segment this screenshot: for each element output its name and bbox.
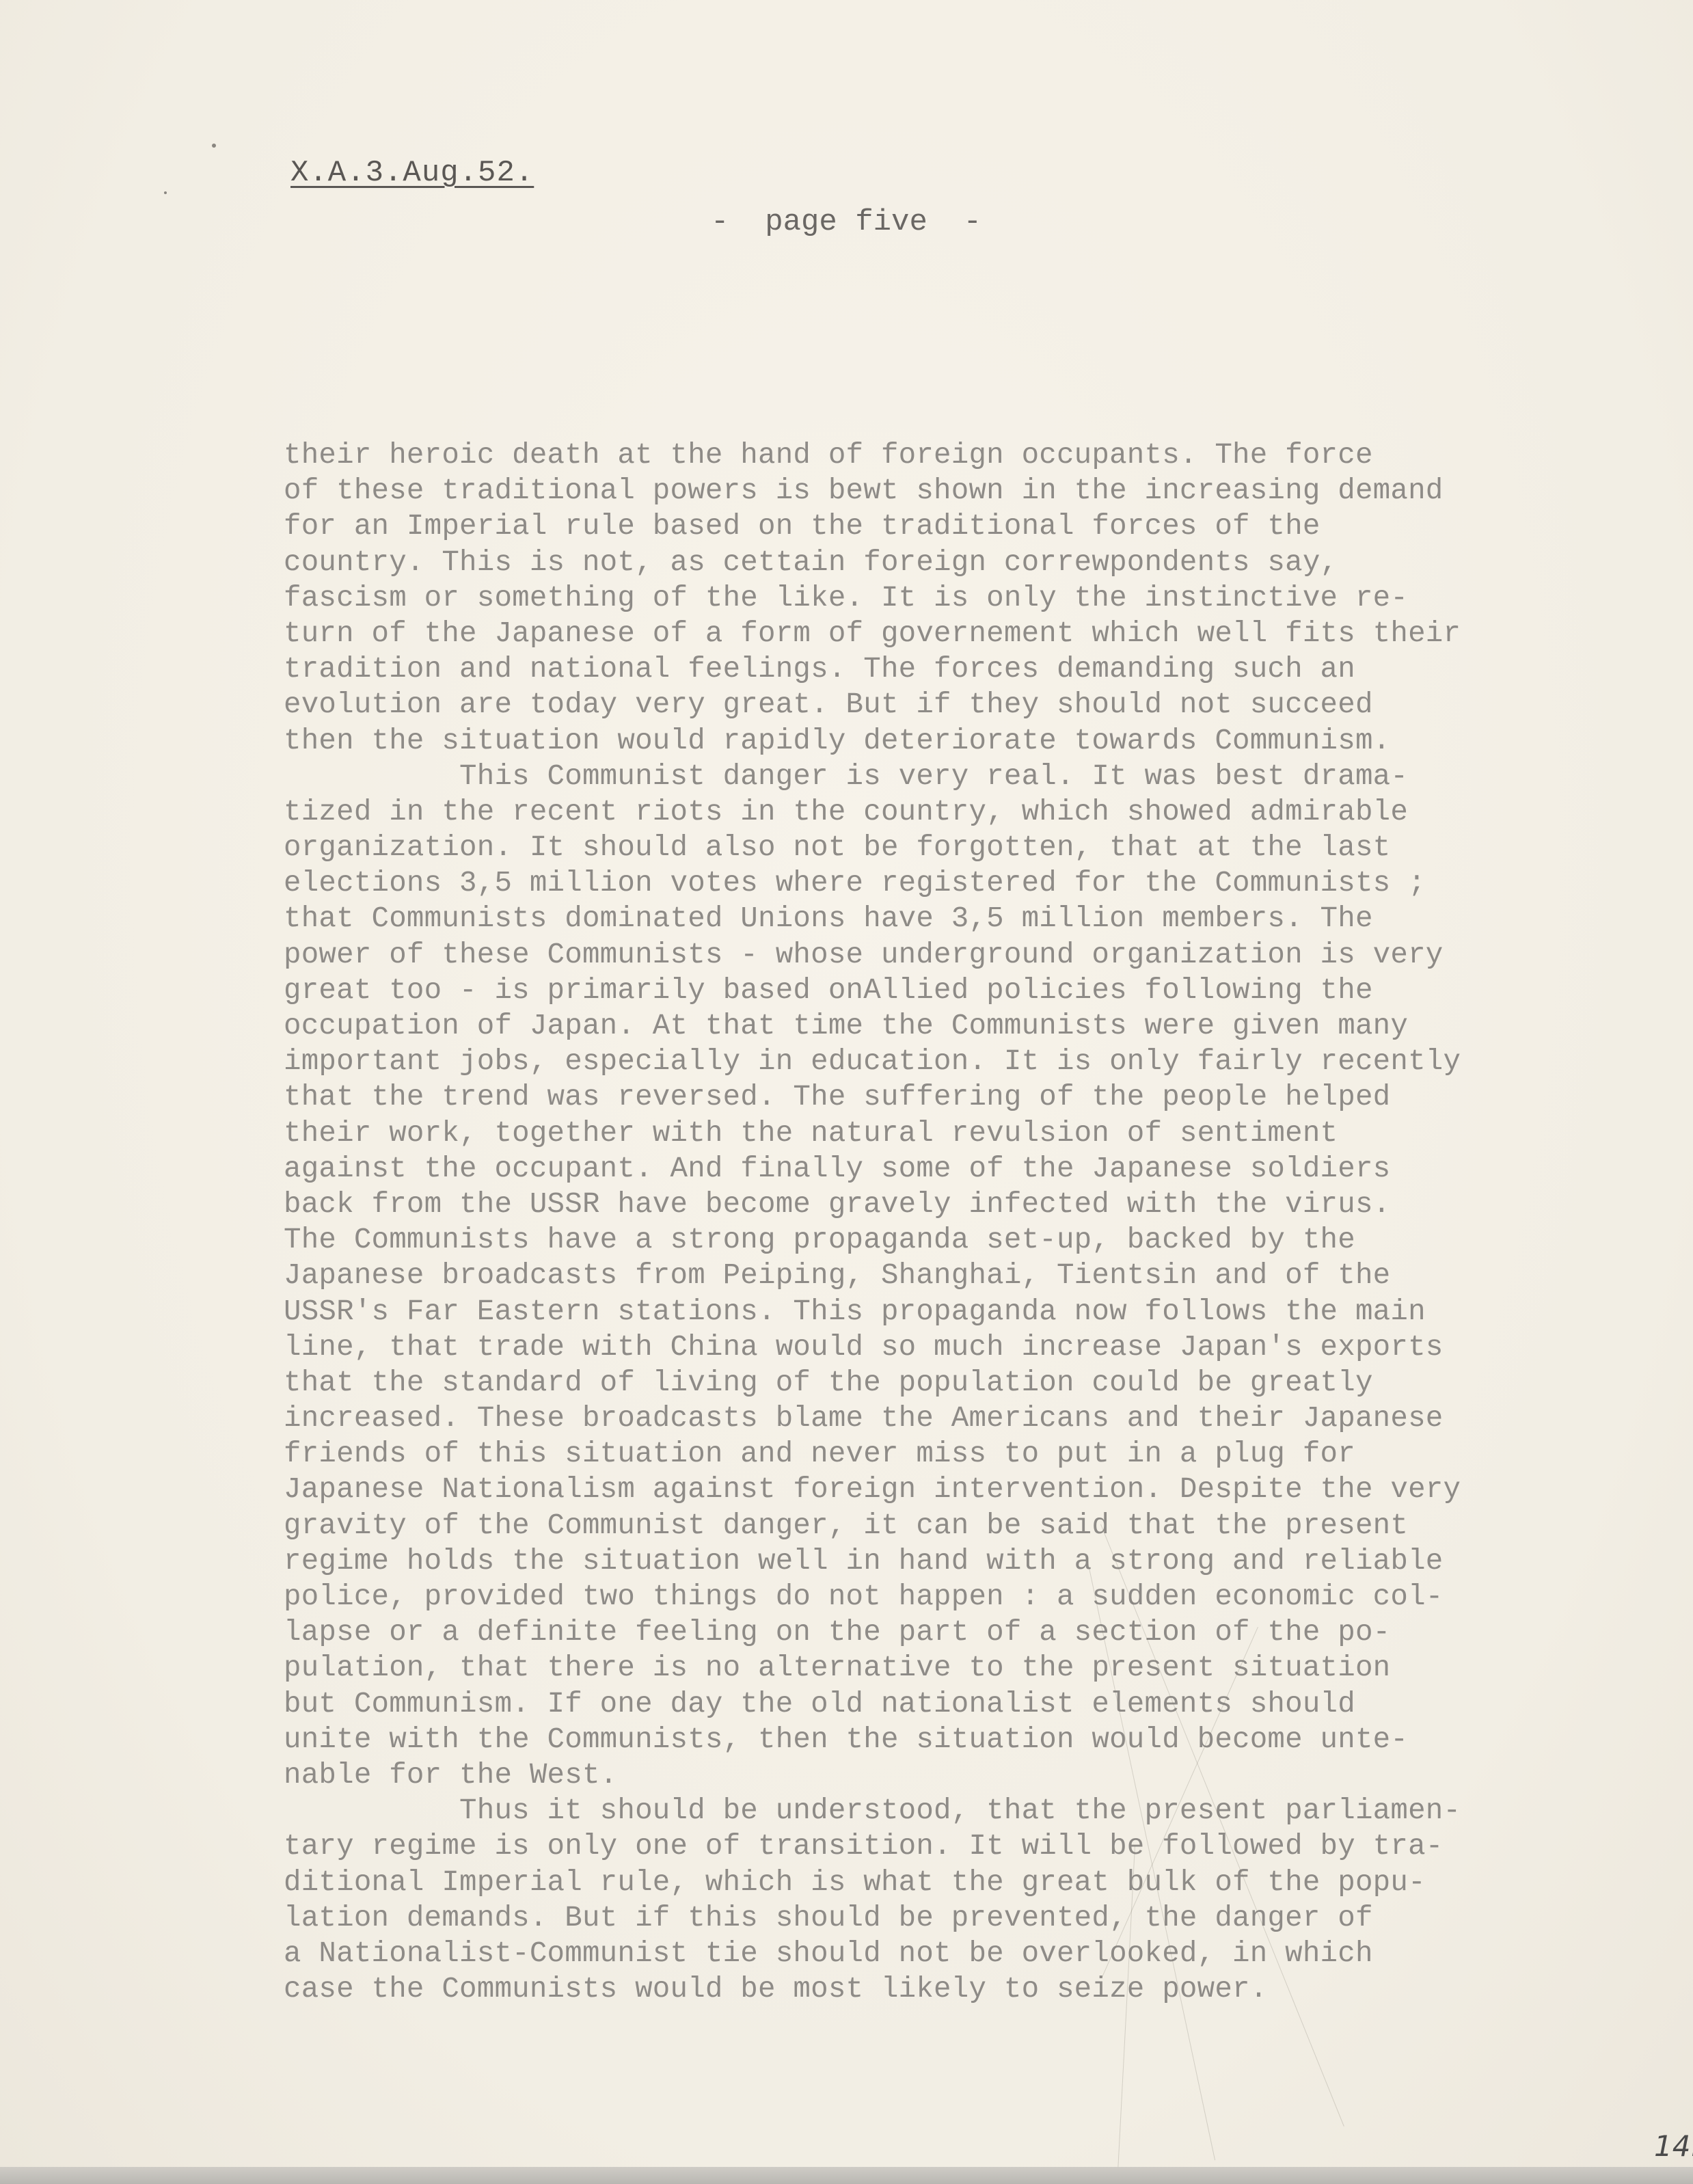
text-line: line, that trade with China would so muc… bbox=[284, 1330, 1657, 1365]
text-line: country. This is not, as cettain foreign… bbox=[284, 545, 1657, 580]
handwritten-page-number: 14. bbox=[1654, 2129, 1693, 2163]
text-line: power of these Communists - whose underg… bbox=[284, 937, 1657, 973]
text-line: organization. It should also not be forg… bbox=[284, 830, 1657, 865]
text-line: great too - is primarily based onAllied … bbox=[284, 973, 1657, 1008]
text-line: back from the USSR have become gravely i… bbox=[284, 1187, 1657, 1222]
text-line: their work, together with the natural re… bbox=[284, 1116, 1657, 1151]
text-line: that the standard of living of the popul… bbox=[284, 1365, 1657, 1401]
paper-speck bbox=[164, 191, 167, 194]
text-line: Japanese Nationalism against foreign int… bbox=[284, 1472, 1657, 1507]
text-line: a Nationalist-Communist tie should not b… bbox=[284, 1936, 1657, 1971]
text-line: This Communist danger is very real. It w… bbox=[284, 759, 1657, 794]
text-line: that Communists dominated Unions have 3,… bbox=[284, 901, 1657, 936]
text-line: ditional Imperial rule, which is what th… bbox=[284, 1865, 1657, 1900]
text-line: nable for the West. bbox=[284, 1757, 1657, 1793]
text-line: that the trend was reversed. The sufferi… bbox=[284, 1079, 1657, 1115]
text-line: lation demands. But if this should be pr… bbox=[284, 1900, 1657, 1936]
text-line: Thus it should be understood, that the p… bbox=[284, 1793, 1657, 1829]
text-line: then the situation would rapidly deterio… bbox=[284, 723, 1657, 759]
text-line: increased. These broadcasts blame the Am… bbox=[284, 1401, 1657, 1436]
text-line: The Communists have a strong propaganda … bbox=[284, 1222, 1657, 1258]
text-line: unite with the Communists, then the situ… bbox=[284, 1722, 1657, 1757]
text-line: turn of the Japanese of a form of govern… bbox=[284, 616, 1657, 651]
text-line: against the occupant. And finally some o… bbox=[284, 1151, 1657, 1187]
text-line: friends of this situation and never miss… bbox=[284, 1436, 1657, 1472]
text-line: of these traditional powers is bewt show… bbox=[284, 473, 1657, 509]
text-line: elections 3,5 million votes where regist… bbox=[284, 865, 1657, 901]
text-line: Japanese broadcasts from Peiping, Shangh… bbox=[284, 1258, 1657, 1293]
paper-speck bbox=[212, 144, 216, 148]
text-line: tradition and national feelings. The for… bbox=[284, 651, 1657, 687]
document-page: X.A.3.Aug.52. - page five - their heroic… bbox=[0, 0, 1693, 2167]
text-line: important jobs, especially in education.… bbox=[284, 1044, 1657, 1079]
text-line: occupation of Japan. At that time the Co… bbox=[284, 1008, 1657, 1044]
scan-bottom-edge bbox=[0, 2167, 1693, 2184]
body-text: their heroic death at the hand of foreig… bbox=[284, 437, 1657, 2007]
text-line: lapse or a definite feeling on the part … bbox=[284, 1615, 1657, 1650]
text-line: their heroic death at the hand of foreig… bbox=[284, 437, 1657, 473]
text-line: regime holds the situation well in hand … bbox=[284, 1543, 1657, 1579]
text-line: police, provided two things do not happe… bbox=[284, 1579, 1657, 1615]
text-line: gravity of the Communist danger, it can … bbox=[284, 1508, 1657, 1543]
page-heading: - page five - bbox=[711, 205, 981, 239]
text-line: tary regime is only one of transition. I… bbox=[284, 1829, 1657, 1864]
text-line: fascism or something of the like. It is … bbox=[284, 580, 1657, 616]
text-line: pulation, that there is no alternative t… bbox=[284, 1650, 1657, 1686]
text-line: evolution are today very great. But if t… bbox=[284, 687, 1657, 723]
text-line: USSR's Far Eastern stations. This propag… bbox=[284, 1294, 1657, 1330]
document-reference: X.A.3.Aug.52. bbox=[290, 156, 534, 190]
text-line: but Communism. If one day the old nation… bbox=[284, 1686, 1657, 1722]
text-line: tized in the recent riots in the country… bbox=[284, 794, 1657, 830]
text-line: case the Communists would be most likely… bbox=[284, 1971, 1657, 2007]
text-line: for an Imperial rule based on the tradit… bbox=[284, 509, 1657, 544]
